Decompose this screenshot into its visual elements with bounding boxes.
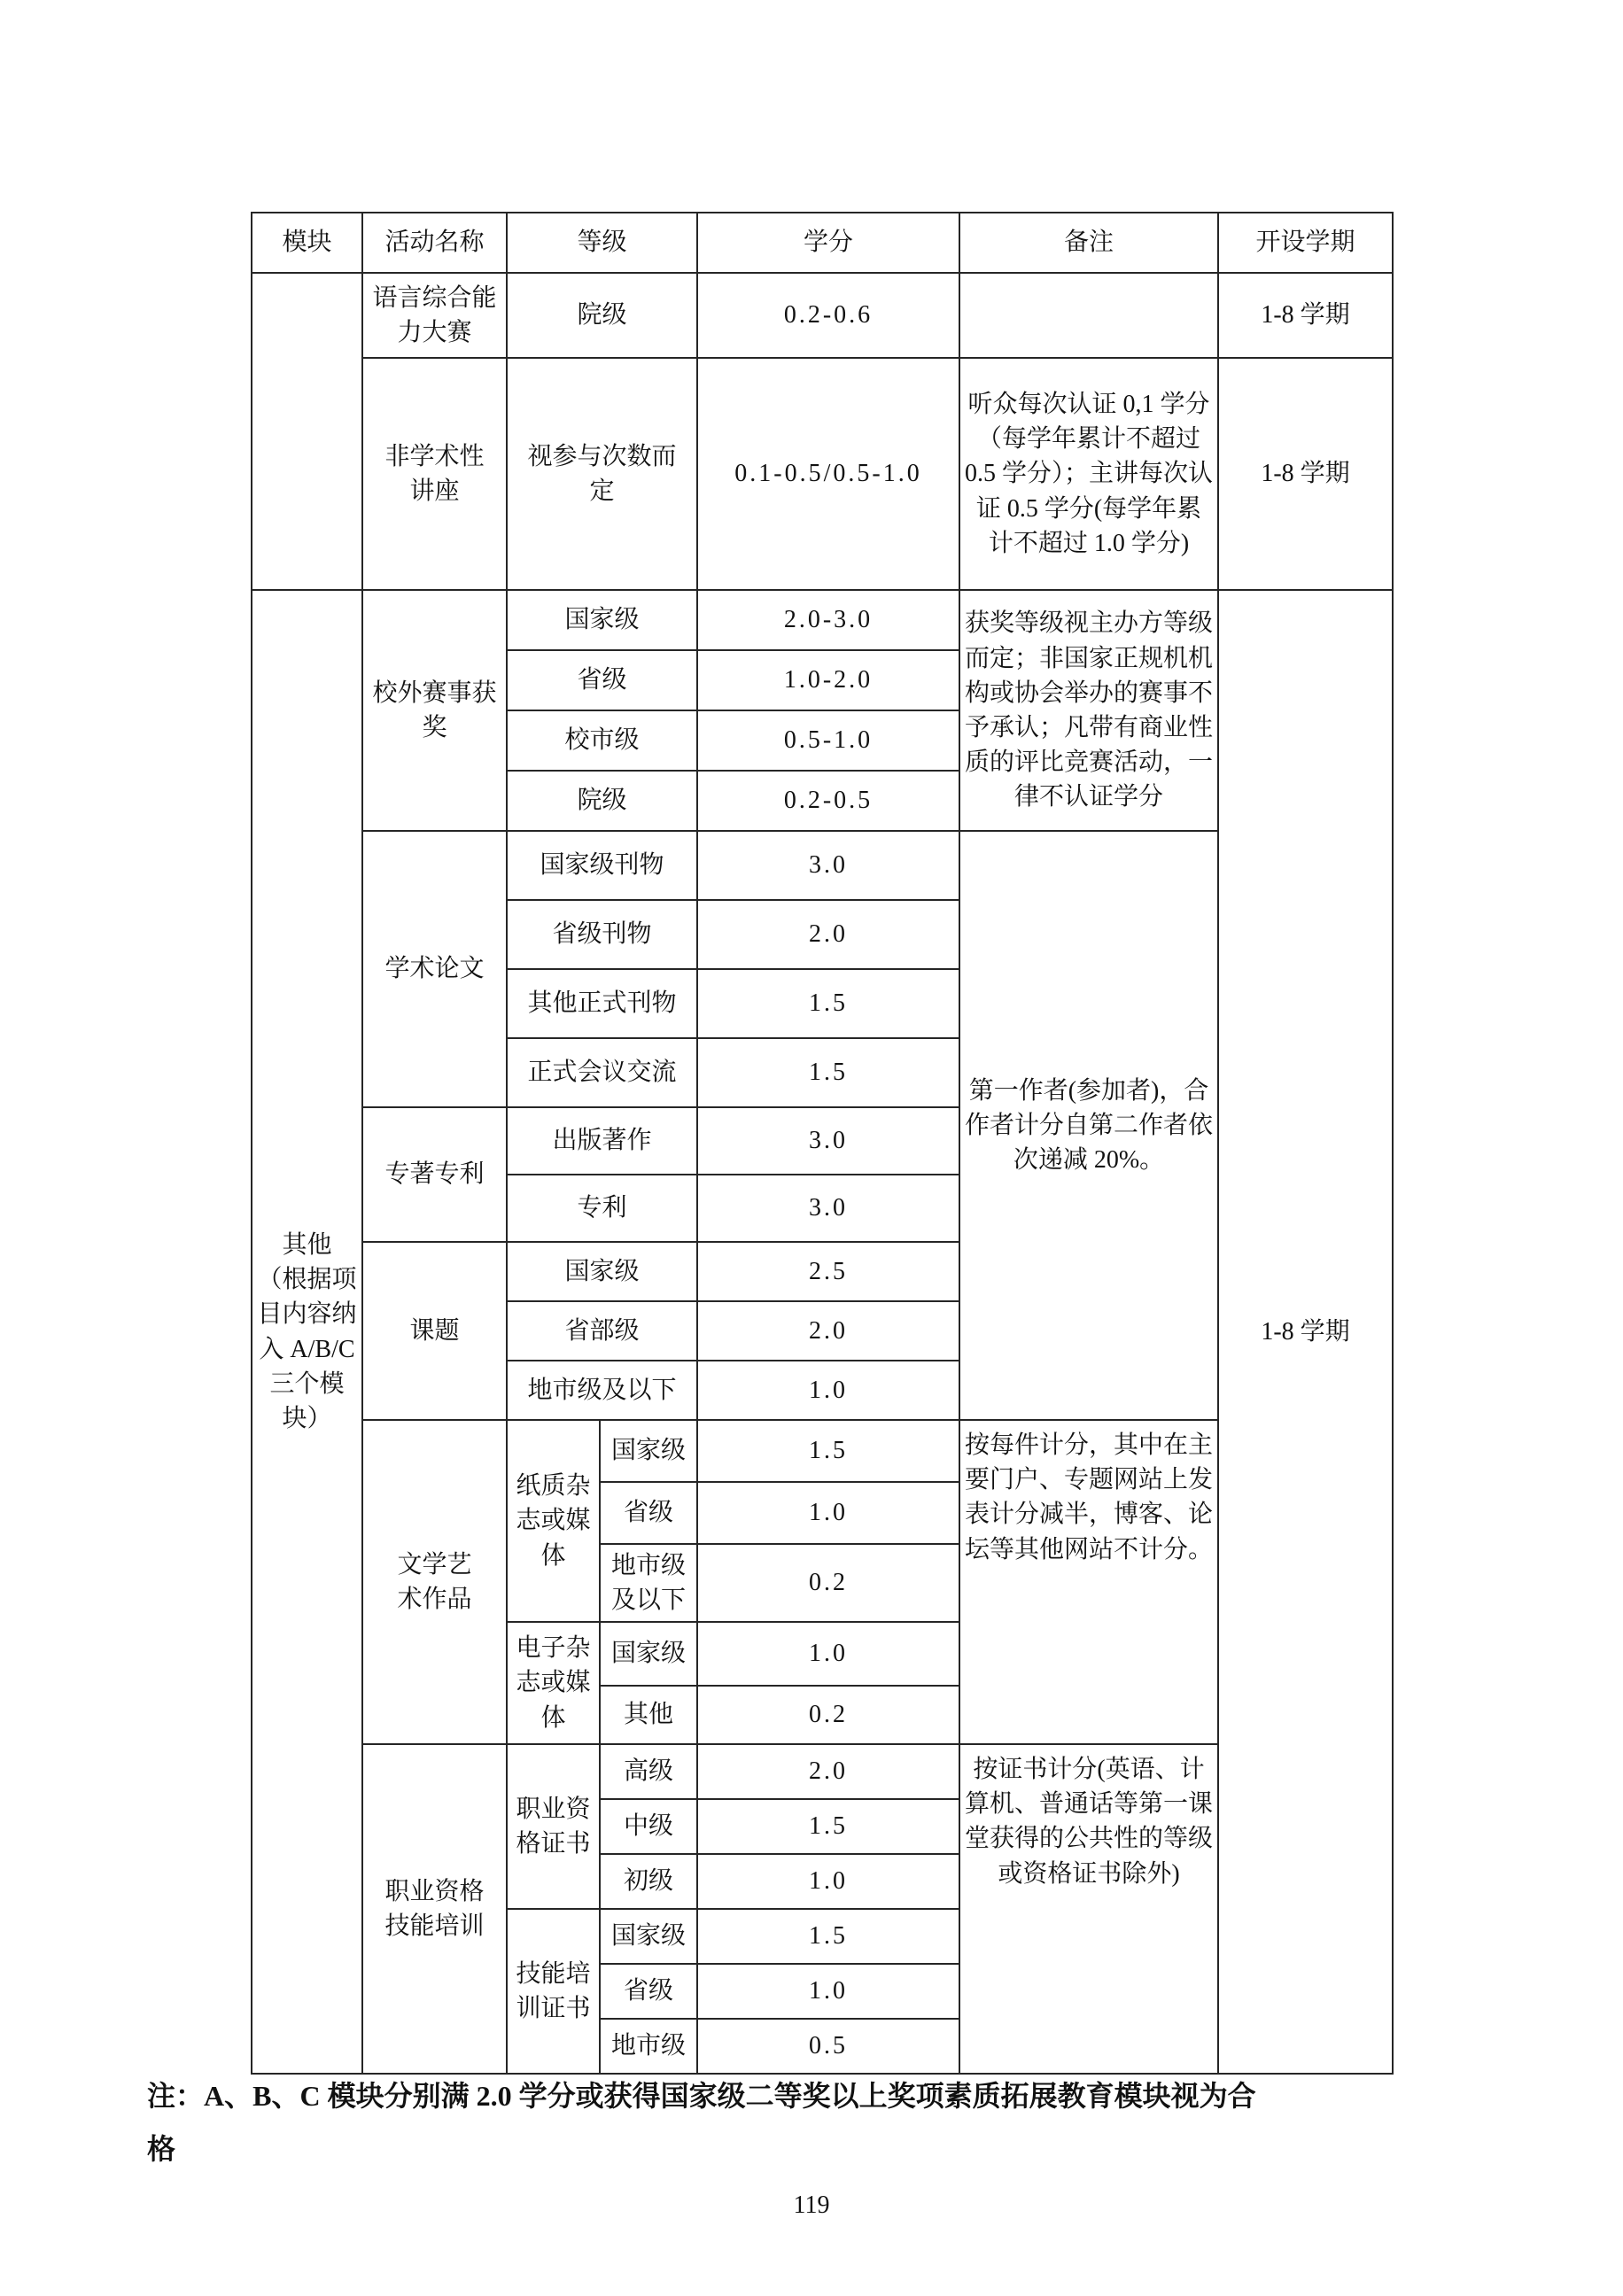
credit-cell: 2.5 bbox=[697, 1242, 959, 1301]
credit-cell: 0.2 bbox=[697, 1686, 959, 1744]
header-module: 模块 bbox=[252, 213, 362, 273]
credit-cell: 1.0 bbox=[697, 1964, 959, 2019]
level-cell: 国家级 bbox=[507, 1242, 697, 1301]
level-cell: 校市级 bbox=[507, 710, 697, 771]
remark-cell: 按每件计分，其中在主要门户、专题网站上发表计分减半，博客、论坛等其他网站不计分。 bbox=[959, 1420, 1218, 1744]
semester-cell: 1-8 学期 bbox=[1218, 590, 1393, 2074]
level-cell: 院级 bbox=[507, 771, 697, 831]
credit-cell: 0.2-0.6 bbox=[697, 273, 959, 358]
level-cell: 国家级 bbox=[600, 1420, 697, 1482]
credit-cell: 3.0 bbox=[697, 1107, 959, 1175]
credit-cell: 1.5 bbox=[697, 1420, 959, 1482]
activity-cell: 课题 bbox=[362, 1242, 507, 1420]
activity-cell: 职业资格 技能培训 bbox=[362, 1744, 507, 2074]
level-cell: 国家级 bbox=[507, 590, 697, 650]
header-remark: 备注 bbox=[959, 213, 1218, 273]
activity-cell: 校外赛事获 奖 bbox=[362, 590, 507, 831]
header-credit: 学分 bbox=[697, 213, 959, 273]
credit-cell: 2.0 bbox=[697, 1301, 959, 1361]
credit-cell: 3.0 bbox=[697, 1175, 959, 1242]
credit-cell: 0.5 bbox=[697, 2019, 959, 2074]
page-number: 119 bbox=[0, 2191, 1623, 2220]
remark-cell: 获奖等级视主办方等级而定；非国家正规机机构或协会举办的赛事不予承认；凡带有商业性… bbox=[959, 590, 1218, 831]
table-row: 语言综合能 力大赛 院级 0.2-0.6 1-8 学期 bbox=[252, 273, 1393, 358]
level-cell: 其他正式刊物 bbox=[507, 969, 697, 1038]
header-level: 等级 bbox=[507, 213, 697, 273]
activity-cell: 专著专利 bbox=[362, 1107, 507, 1242]
level-group-cell: 技能培 训证书 bbox=[507, 1909, 600, 2074]
semester-cell: 1-8 学期 bbox=[1218, 273, 1393, 358]
level-cell: 其他 bbox=[600, 1686, 697, 1744]
level-cell: 国家级 bbox=[600, 1622, 697, 1686]
level-cell: 省部级 bbox=[507, 1301, 697, 1361]
credit-cell: 0.2 bbox=[697, 1544, 959, 1622]
level-cell: 省级 bbox=[600, 1964, 697, 2019]
credit-cell: 1.0 bbox=[697, 1622, 959, 1686]
credit-cell: 0.5-1.0 bbox=[697, 710, 959, 771]
level-cell: 国家级刊物 bbox=[507, 831, 697, 900]
level-cell: 省级 bbox=[507, 650, 697, 710]
table-row: 非学术性 讲座 视参与次数而 定 0.1-0.5/0.5-1.0 听众每次认证 … bbox=[252, 358, 1393, 590]
level-cell: 正式会议交流 bbox=[507, 1038, 697, 1107]
level-cell: 院级 bbox=[507, 273, 697, 358]
header-semester: 开设学期 bbox=[1218, 213, 1393, 273]
credit-cell: 3.0 bbox=[697, 831, 959, 900]
remark-cell bbox=[959, 273, 1218, 358]
credit-cell: 2.0-3.0 bbox=[697, 590, 959, 650]
level-group-cell: 职业资 格证书 bbox=[507, 1744, 600, 1909]
level-cell: 专利 bbox=[507, 1175, 697, 1242]
level-cell: 高级 bbox=[600, 1744, 697, 1799]
activity-cell: 学术论文 bbox=[362, 831, 507, 1107]
level-cell: 视参与次数而 定 bbox=[507, 358, 697, 590]
credit-cell: 0.2-0.5 bbox=[697, 771, 959, 831]
level-cell: 地市级 及以下 bbox=[600, 1544, 697, 1622]
footnote: 注：A、B、C 模块分别满 2.0 学分或获得国家级二等奖以上奖项素质拓展教育模… bbox=[147, 2069, 1274, 2176]
level-cell: 国家级 bbox=[600, 1909, 697, 1964]
credits-table: 模块 活动名称 等级 学分 备注 开设学期 语言综合能 力大赛 院级 0.2-0… bbox=[251, 212, 1394, 2075]
credit-cell: 1.5 bbox=[697, 969, 959, 1038]
header-row: 模块 活动名称 等级 学分 备注 开设学期 bbox=[252, 213, 1393, 273]
level-group-cell: 纸质杂 志或媒 体 bbox=[507, 1420, 600, 1622]
activity-cell: 文学艺 术作品 bbox=[362, 1420, 507, 1744]
credit-cell: 1.0 bbox=[697, 1854, 959, 1909]
credit-cell: 2.0 bbox=[697, 1744, 959, 1799]
credit-cell: 1.0-2.0 bbox=[697, 650, 959, 710]
credit-cell: 1.0 bbox=[697, 1361, 959, 1420]
level-group-cell: 电子杂 志或媒 体 bbox=[507, 1622, 600, 1744]
module-cell-other: 其他 （根据项 目内容纳 入 A/B/C 三个模 块） bbox=[252, 590, 362, 2074]
credit-cell: 1.0 bbox=[697, 1482, 959, 1544]
credit-cell: 1.5 bbox=[697, 1909, 959, 1964]
level-cell: 省级 bbox=[600, 1482, 697, 1544]
level-cell: 出版著作 bbox=[507, 1107, 697, 1175]
remark-cell: 听众每次认证 0,1 学分（每学年累计不超过 0.5 学分）；主讲每次认证 0.… bbox=[959, 358, 1218, 590]
level-cell: 中级 bbox=[600, 1799, 697, 1854]
credit-cell: 1.5 bbox=[697, 1799, 959, 1854]
activity-cell: 语言综合能 力大赛 bbox=[362, 273, 507, 358]
module-cell-empty bbox=[252, 273, 362, 590]
credit-cell: 1.5 bbox=[697, 1038, 959, 1107]
table-row: 其他 （根据项 目内容纳 入 A/B/C 三个模 块） 校外赛事获 奖 国家级 … bbox=[252, 590, 1393, 650]
level-cell: 初级 bbox=[600, 1854, 697, 1909]
credit-cell: 0.1-0.5/0.5-1.0 bbox=[697, 358, 959, 590]
remark-cell: 按证书计分(英语、计算机、普通话等第一课堂获得的公共性的等级或资格证书除外) bbox=[959, 1744, 1218, 2074]
credit-cell: 2.0 bbox=[697, 900, 959, 969]
remark-cell: 第一作者(参加者)，合作者计分自第二作者依次递减 20%。 bbox=[959, 831, 1218, 1420]
header-activity: 活动名称 bbox=[362, 213, 507, 273]
level-cell: 地市级及以下 bbox=[507, 1361, 697, 1420]
level-cell: 省级刊物 bbox=[507, 900, 697, 969]
level-cell: 地市级 bbox=[600, 2019, 697, 2074]
activity-cell: 非学术性 讲座 bbox=[362, 358, 507, 590]
semester-cell: 1-8 学期 bbox=[1218, 358, 1393, 590]
document-page: { "page_number": "119", "note": { "text"… bbox=[0, 0, 1623, 2296]
